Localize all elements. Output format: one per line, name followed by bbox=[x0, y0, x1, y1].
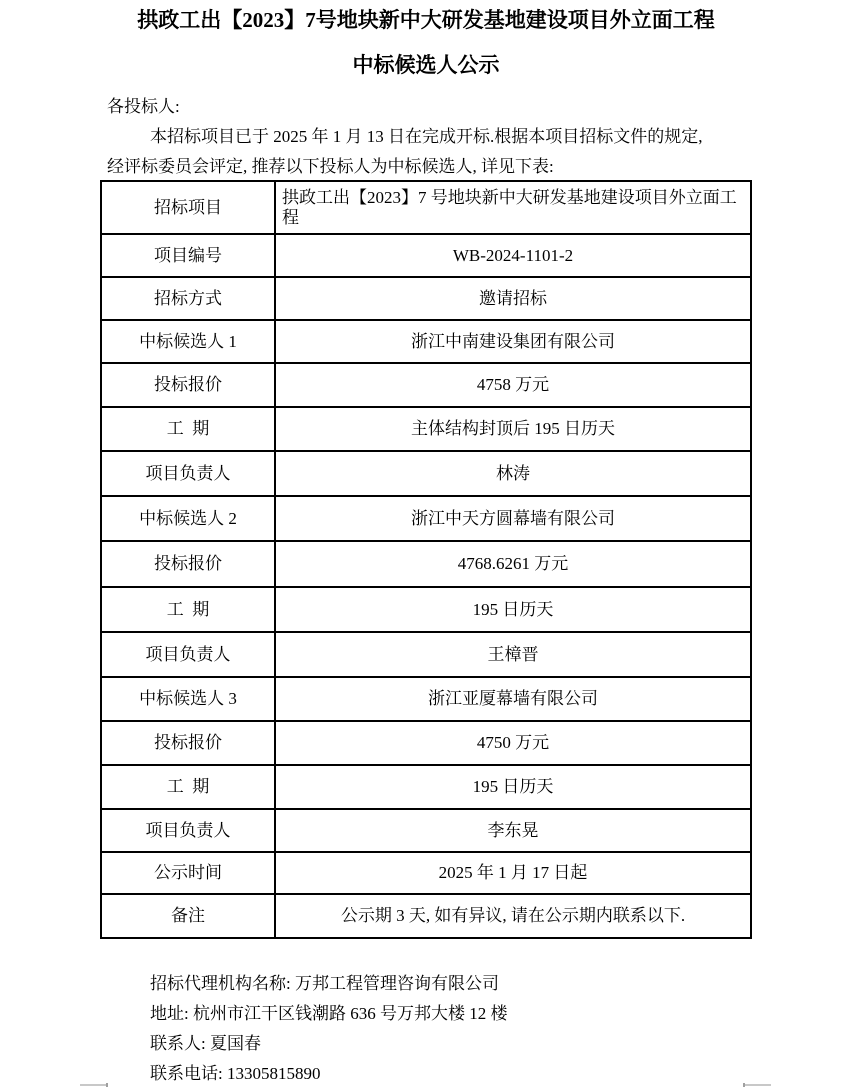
row-label: 招标项目 bbox=[101, 181, 275, 234]
agency-name: 招标代理机构名称: 万邦工程管理咨询有限公司 bbox=[150, 972, 499, 996]
row-value: 2025 年 1 月 17 日起 bbox=[275, 852, 751, 894]
contact-person: 联系人: 夏国春 bbox=[150, 1032, 261, 1056]
row-value: 4750 万元 bbox=[275, 721, 751, 765]
intro-paragraph-line-1: 本招标项目已于 2025 年 1 月 13 日在完成开标.根据本项目招标文件的规… bbox=[150, 125, 703, 149]
row-label: 公示时间 bbox=[101, 852, 275, 894]
row-value: 浙江中南建设集团有限公司 bbox=[275, 320, 751, 363]
row-value: 4768.6261 万元 bbox=[275, 541, 751, 587]
row-label: 工 期 bbox=[101, 765, 275, 809]
table-row: 投标报价4750 万元 bbox=[101, 721, 751, 765]
agency-address: 地址: 杭州市江干区钱潮路 636 号万邦大楼 12 楼 bbox=[150, 1002, 507, 1026]
corner-tick bbox=[106, 1083, 108, 1087]
row-label: 工 期 bbox=[101, 407, 275, 451]
row-label: 项目编号 bbox=[101, 234, 275, 277]
table-row: 项目负责人王樟晋 bbox=[101, 632, 751, 677]
table-row: 投标报价4768.6261 万元 bbox=[101, 541, 751, 587]
table-row: 工 期195 日历天 bbox=[101, 765, 751, 809]
row-label: 项目负责人 bbox=[101, 809, 275, 852]
table-row: 工 期主体结构封顶后 195 日历天 bbox=[101, 407, 751, 451]
table-row: 中标候选人 1浙江中南建设集团有限公司 bbox=[101, 320, 751, 363]
row-value: 林涛 bbox=[275, 451, 751, 496]
row-label: 投标报价 bbox=[101, 721, 275, 765]
table-row: 工 期195 日历天 bbox=[101, 587, 751, 632]
row-value: 公示期 3 天, 如有异议, 请在公示期内联系以下. bbox=[275, 894, 751, 938]
table-row: 项目负责人林涛 bbox=[101, 451, 751, 496]
table-row: 备注公示期 3 天, 如有异议, 请在公示期内联系以下. bbox=[101, 894, 751, 938]
row-value: 邀请招标 bbox=[275, 277, 751, 320]
row-label: 工 期 bbox=[101, 587, 275, 632]
row-value: WB-2024-1101-2 bbox=[275, 234, 751, 277]
table-row: 招标项目拱政工出【2023】7 号地块新中大研发基地建设项目外立面工程 bbox=[101, 181, 751, 234]
row-value: 浙江中天方圆幕墙有限公司 bbox=[275, 496, 751, 541]
row-label: 中标候选人 1 bbox=[101, 320, 275, 363]
page-corner-mark-left bbox=[80, 1084, 108, 1086]
corner-tick bbox=[743, 1083, 745, 1087]
row-label: 投标报价 bbox=[101, 541, 275, 587]
row-label: 招标方式 bbox=[101, 277, 275, 320]
row-value: 拱政工出【2023】7 号地块新中大研发基地建设项目外立面工程 bbox=[275, 181, 751, 234]
row-label: 中标候选人 2 bbox=[101, 496, 275, 541]
row-label: 备注 bbox=[101, 894, 275, 938]
contact-phone: 联系电话: 13305815890 bbox=[150, 1062, 320, 1086]
row-value: 4758 万元 bbox=[275, 363, 751, 407]
table-row: 招标方式邀请招标 bbox=[101, 277, 751, 320]
row-value: 195 日历天 bbox=[275, 765, 751, 809]
intro-paragraph-line-2: 经评标委员会评定, 推荐以下投标人为中标候选人, 详见下表: bbox=[107, 155, 554, 179]
row-value: 李东晃 bbox=[275, 809, 751, 852]
row-label: 投标报价 bbox=[101, 363, 275, 407]
row-value: 王樟晋 bbox=[275, 632, 751, 677]
salutation: 各投标人: bbox=[107, 95, 180, 119]
row-value: 浙江亚厦幕墙有限公司 bbox=[275, 677, 751, 721]
row-value: 195 日历天 bbox=[275, 587, 751, 632]
document-title: 拱政工出【2023】7号地块新中大研发基地建设项目外立面工程 bbox=[0, 6, 852, 34]
row-label: 中标候选人 3 bbox=[101, 677, 275, 721]
table-row: 项目编号WB-2024-1101-2 bbox=[101, 234, 751, 277]
document-subtitle: 中标候选人公示 bbox=[0, 51, 852, 79]
table-row: 中标候选人 2浙江中天方圆幕墙有限公司 bbox=[101, 496, 751, 541]
row-value: 主体结构封顶后 195 日历天 bbox=[275, 407, 751, 451]
table-row: 中标候选人 3浙江亚厦幕墙有限公司 bbox=[101, 677, 751, 721]
row-label: 项目负责人 bbox=[101, 451, 275, 496]
page-corner-mark-right bbox=[743, 1084, 771, 1086]
bid-candidates-table: 招标项目拱政工出【2023】7 号地块新中大研发基地建设项目外立面工程项目编号W… bbox=[100, 180, 752, 939]
table-row: 公示时间2025 年 1 月 17 日起 bbox=[101, 852, 751, 894]
table-row: 项目负责人李东晃 bbox=[101, 809, 751, 852]
table-row: 投标报价4758 万元 bbox=[101, 363, 751, 407]
row-label: 项目负责人 bbox=[101, 632, 275, 677]
